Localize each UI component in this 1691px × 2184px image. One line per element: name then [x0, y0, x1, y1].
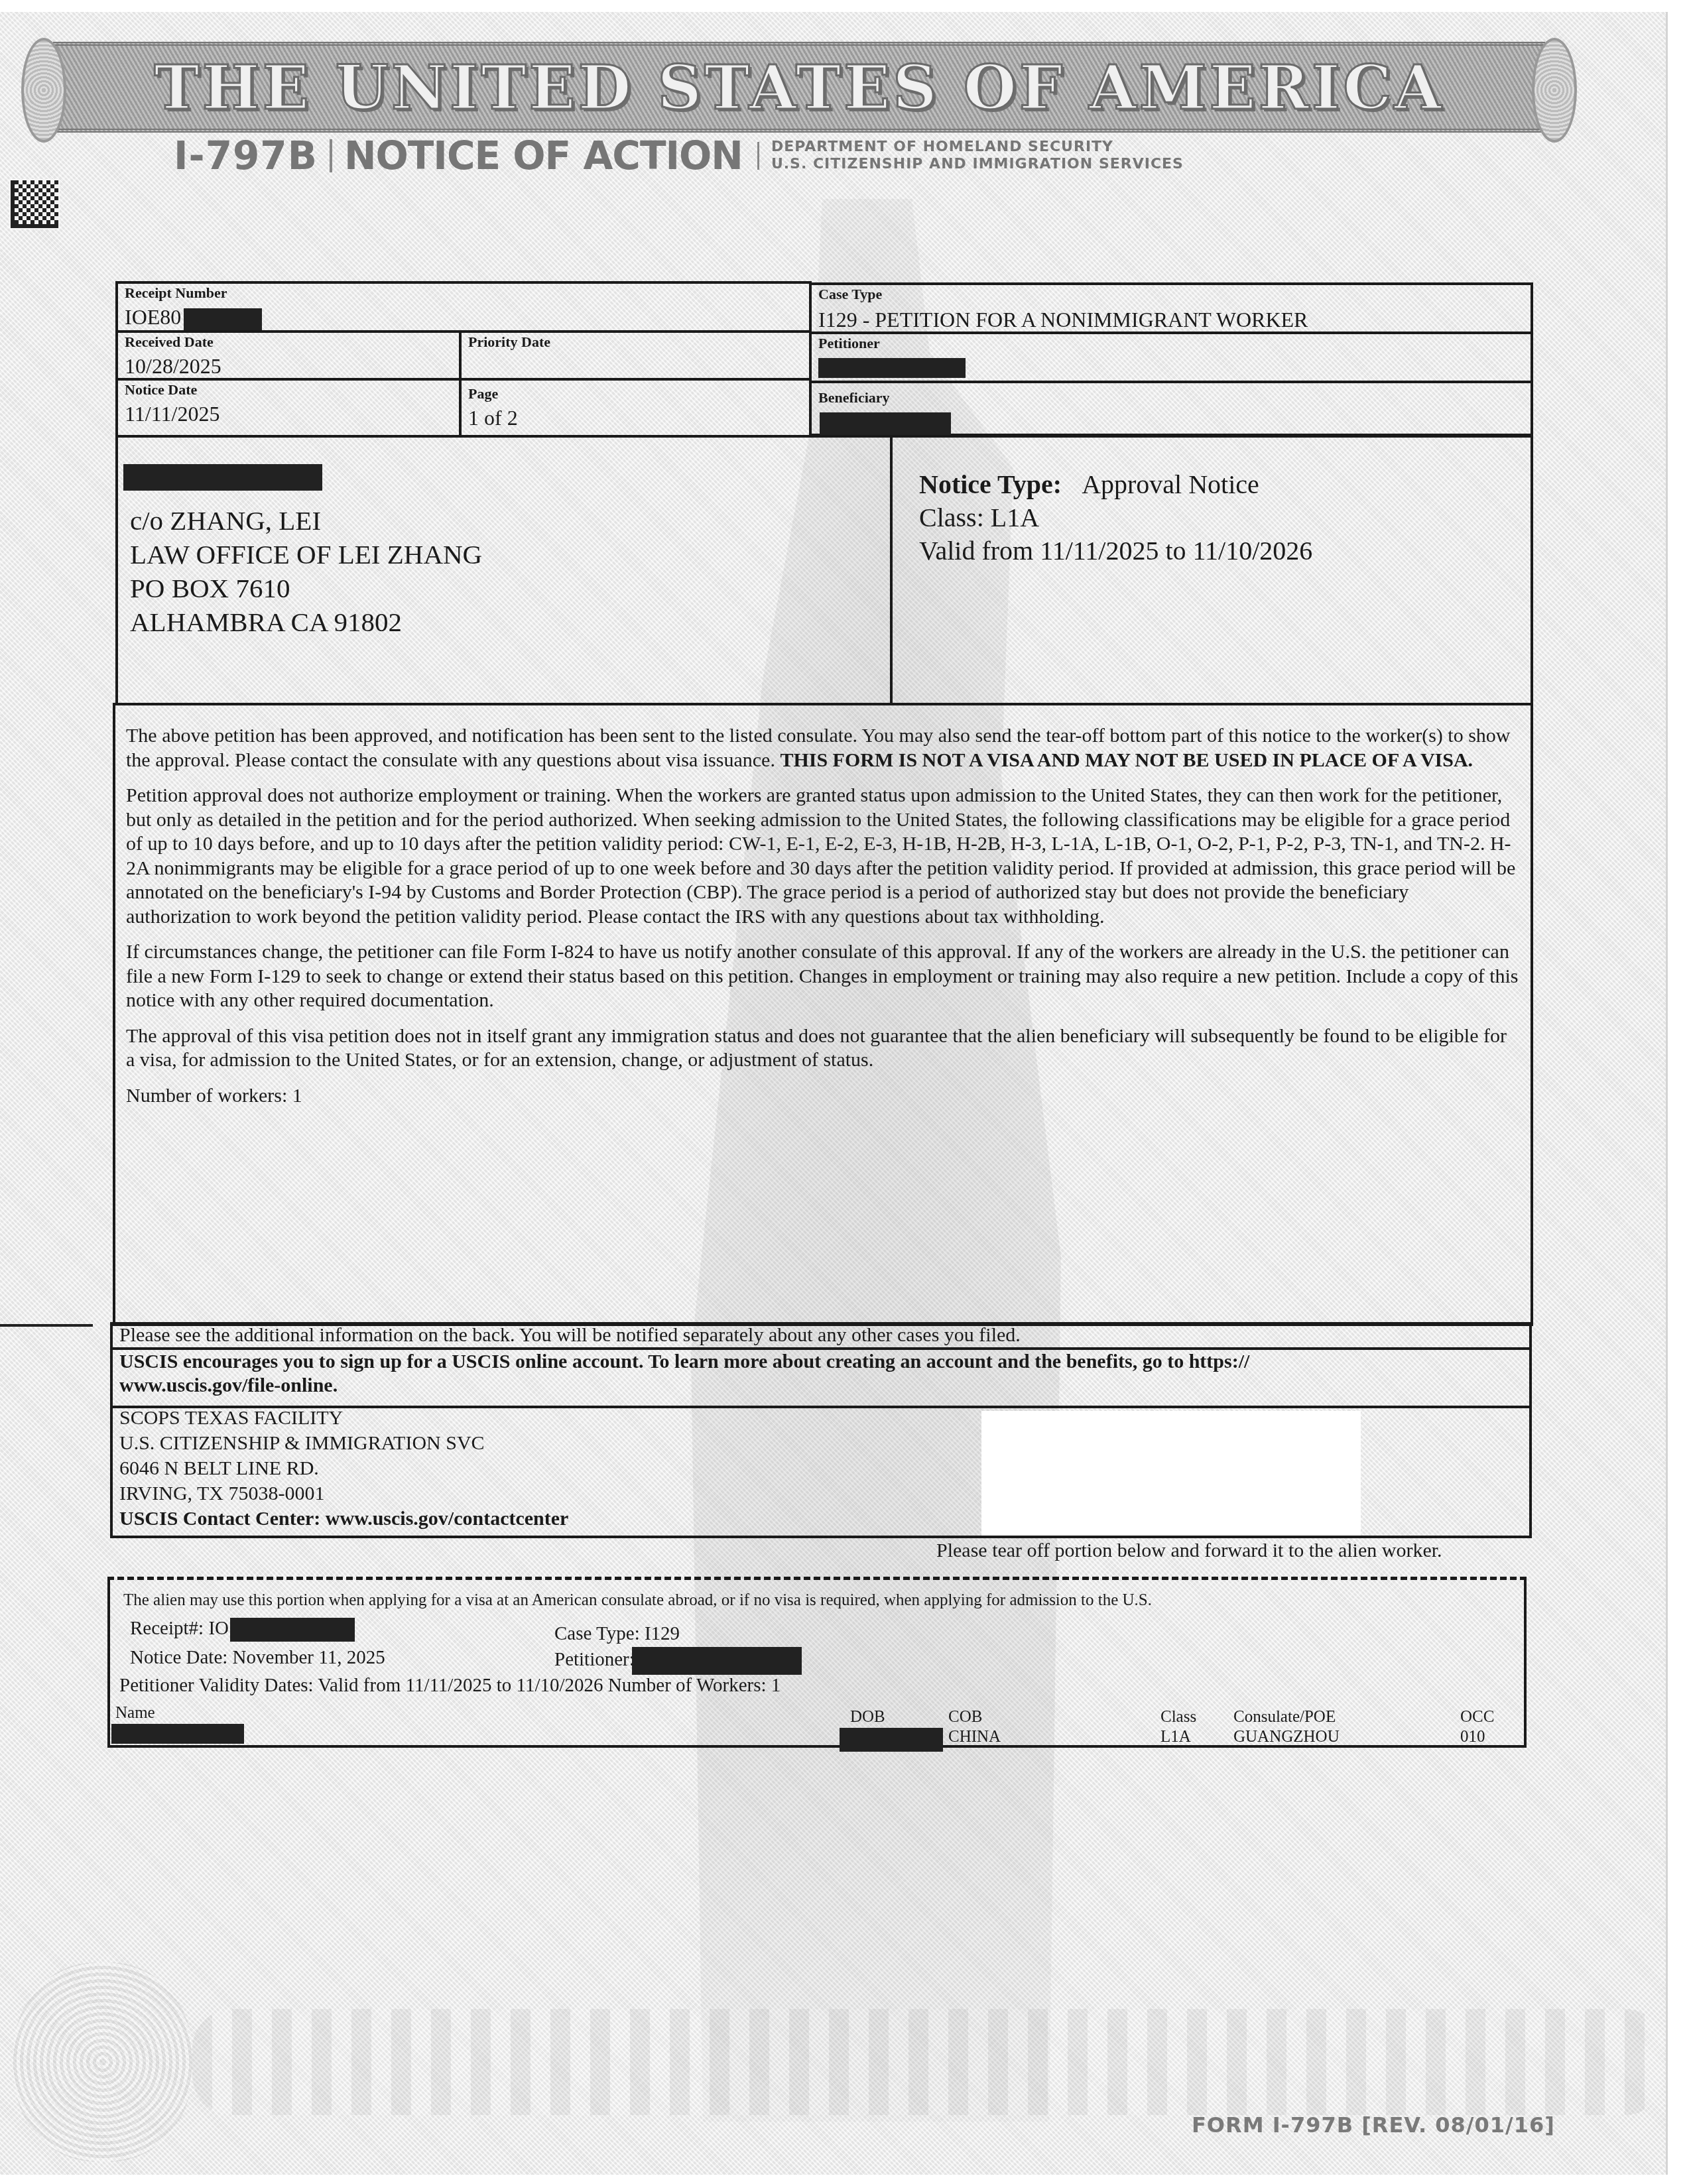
notice-summary: Notice Type: Approval Notice Class: L1A …	[919, 468, 1312, 568]
page-value: 1 of 2	[468, 406, 518, 430]
guilloche-border	[192, 2009, 1664, 2115]
consulate-value: GUANGZHOU	[1233, 1727, 1340, 1748]
paragraph-status: The approval of this visa petition does …	[126, 1024, 1519, 1073]
service-center-line: SCOPS TEXAS FACILITY	[119, 1406, 568, 1431]
column-cob: COB	[948, 1707, 982, 1728]
redaction-block	[632, 1647, 802, 1675]
address-line: ALHAMBRA CA 91802	[130, 605, 482, 639]
mailing-address: c/o ZHANG, LEI LAW OFFICE OF LEI ZHANG P…	[130, 504, 482, 639]
case-type-value: I129 - PETITION FOR A NONIMMIGRANT WORKE…	[818, 308, 1308, 332]
notice-date-cell: Notice Date 11/11/2025	[115, 378, 462, 438]
address-line: c/o ZHANG, LEI	[130, 504, 482, 538]
validity-line: Valid from 11/11/2025 to 11/10/2026	[919, 534, 1312, 568]
notice-date-value: 11/11/2025	[125, 402, 219, 426]
receipt-number-label: Receipt Number	[125, 285, 227, 301]
receipt-number-cell: Receipt Number IOE80	[115, 281, 812, 333]
paragraph-circumstances: If circumstances change, the petitioner …	[126, 940, 1519, 1013]
tear-off-instruction: Please tear off portion below and forwar…	[936, 1540, 1442, 1562]
case-type-cell: Case Type I129 - PETITION FOR A NONIMMIG…	[809, 282, 1533, 334]
tear-off-petitioner: Petitioner:	[554, 1647, 802, 1675]
service-center-line: IRVING, TX 75038-0001	[119, 1481, 568, 1506]
tear-off-petitioner-label: Petitioner:	[554, 1649, 635, 1670]
tear-off-notice-date: Notice Date: November 11, 2025	[130, 1647, 385, 1668]
online-account-text: USCIS encourages you to sign up for a US…	[119, 1350, 1406, 1398]
approval-body-text: The above petition has been approved, an…	[126, 724, 1519, 1119]
petitioner-cell: Petitioner	[809, 332, 1533, 383]
paragraph-employment: Petition approval does not authorize emp…	[126, 784, 1519, 929]
column-dob: DOB	[850, 1707, 885, 1728]
petitioner-redaction	[818, 358, 966, 378]
tear-off-intro: The alien may use this portion when appl…	[123, 1590, 1152, 1611]
banner-flourish-left-icon	[21, 38, 66, 143]
tear-off-receipt-label: Receipt#: IO	[130, 1618, 229, 1639]
tear-off-receipt: Receipt#: IO	[130, 1618, 355, 1642]
receipt-number-prefix: IOE80	[125, 305, 181, 329]
service-center-address: SCOPS TEXAS FACILITY U.S. CITIZENSHIP & …	[119, 1406, 568, 1532]
address-line: PO BOX 7610	[130, 572, 482, 605]
column-name: Name	[115, 1703, 155, 1724]
banner-flourish-right-icon	[1532, 38, 1577, 143]
beneficiary-label: Beneficiary	[818, 390, 890, 406]
case-type-label: Case Type	[818, 286, 882, 302]
service-center-line: U.S. CITIZENSHIP & IMMIGRATION SVC	[119, 1431, 568, 1456]
beneficiary-cell: Beneficiary	[809, 381, 1533, 436]
redaction-block	[230, 1618, 355, 1642]
beneficiary-name-redaction	[111, 1724, 244, 1744]
notice-type-value: Approval Notice	[1082, 469, 1259, 499]
service-center-line: 6046 N BELT LINE RD.	[119, 1456, 568, 1481]
tear-off-case-type: Case Type: I129	[554, 1623, 680, 1644]
datamatrix-barcode-icon	[9, 179, 60, 229]
guilloche-seal-icon	[13, 1963, 192, 2161]
dob-redaction	[840, 1728, 943, 1752]
block-divider	[890, 435, 893, 704]
agency-block: DEPARTMENT OF HOMELAND SECURITY U.S. CIT…	[771, 139, 1184, 173]
page-label: Page	[468, 386, 498, 402]
class-value: L1A	[1160, 1727, 1191, 1748]
redaction-block	[184, 308, 262, 331]
recipient-name-redaction	[123, 464, 322, 491]
form-title: NOTICE OF ACTION	[344, 133, 743, 178]
divider	[757, 142, 759, 170]
priority-date-label: Priority Date	[468, 334, 550, 350]
received-date-value: 10/28/2025	[125, 354, 221, 378]
received-date-cell: Received Date 10/28/2025	[115, 330, 462, 381]
occ-value: 010	[1460, 1727, 1485, 1748]
fold-mark	[0, 1324, 93, 1327]
barcode-whiteout	[981, 1411, 1361, 1536]
form-number: I-797B	[174, 133, 318, 178]
page-cell: Page 1 of 2	[459, 378, 812, 438]
country-banner: THE UNITED STATES OF AMERICA	[53, 42, 1545, 133]
notice-type-line: Notice Type: Approval Notice	[919, 468, 1312, 501]
receipt-number-value: IOE80	[125, 305, 262, 331]
notice-type-label: Notice Type:	[919, 469, 1062, 499]
number-of-workers: Number of workers: 1	[126, 1084, 1519, 1109]
class-line: Class: L1A	[919, 501, 1312, 534]
priority-date-cell: Priority Date	[459, 330, 812, 381]
notice-date-label: Notice Date	[125, 382, 197, 398]
column-class: Class	[1160, 1707, 1196, 1728]
column-occ: OCC	[1460, 1707, 1494, 1728]
contact-center-link[interactable]: USCIS Contact Center: www.uscis.gov/cont…	[119, 1506, 568, 1532]
beneficiary-redaction	[820, 412, 951, 435]
department-name: DEPARTMENT OF HOMELAND SECURITY	[771, 139, 1113, 155]
agency-name: U.S. CITIZENSHIP AND IMMIGRATION SERVICE…	[771, 156, 1184, 172]
additional-info-text: Please see the additional information on…	[119, 1323, 1021, 1347]
paragraph-approval: The above petition has been approved, an…	[126, 724, 1519, 772]
petitioner-label: Petitioner	[818, 335, 880, 351]
case-info-table: Receipt Number IOE80 Received Date 10/28…	[115, 278, 1533, 438]
cob-value: CHINA	[948, 1727, 1001, 1748]
tear-off-validity: Petitioner Validity Dates: Valid from 11…	[119, 1675, 781, 1696]
form-revision: FORM I-797B [REV. 08/01/16]	[1192, 2112, 1555, 2138]
divider	[330, 139, 332, 172]
column-consulate: Consulate/POE	[1233, 1707, 1336, 1728]
banner-title: THE UNITED STATES OF AMERICA	[154, 52, 1444, 123]
form-title-row: I-797B NOTICE OF ACTION DEPARTMENT OF HO…	[174, 133, 1184, 179]
not-a-visa-warning: THIS FORM IS NOT A VISA AND MAY NOT BE U…	[780, 749, 1473, 771]
address-line: LAW OFFICE OF LEI ZHANG	[130, 538, 482, 572]
received-date-label: Received Date	[125, 334, 214, 350]
